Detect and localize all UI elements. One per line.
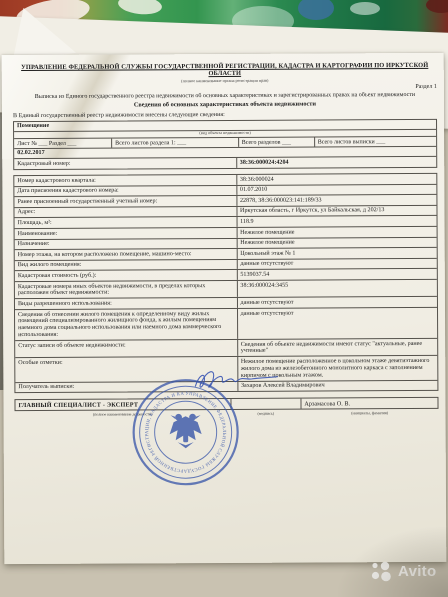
table-row: Дата присвоения кадастрового номера:01.0… — [14, 184, 436, 197]
table-row: Вид жилого помещения:данные отсутствуют — [15, 258, 437, 271]
row-label: Кадастровые номера иных объектов недвижи… — [15, 281, 237, 299]
row-value: 38:36:000024:4204 — [236, 157, 436, 168]
official-round-stamp: УПРАВЛЕНИЕ ФЕДЕРАЛЬНОЙ СЛУЖБЫ ГОСУДАРСТВ… — [129, 376, 242, 489]
row-label: Адрес: — [14, 207, 236, 218]
row-value: 38:36:000024 — [236, 174, 436, 185]
table-row: Наименование:Нежилое помещение — [15, 226, 437, 239]
sheet-info-cell: Всего разделов ___ — [238, 138, 314, 147]
table-row: Кадастровые номера иных объектов недвижи… — [15, 279, 437, 299]
table-row: Виды разрешенного использования:данные о… — [15, 296, 437, 309]
row-label: Вид жилого помещения: — [15, 260, 237, 271]
row-value: 38:36:000024:3455 — [236, 280, 437, 297]
row-value: Нежилое помещение — [236, 227, 436, 238]
row-value: данные отсутствуют — [236, 259, 436, 270]
extract-subtitle-bold: Сведения об основных характеристиках объ… — [13, 100, 437, 109]
section-label: Раздел 1 — [13, 84, 437, 92]
name-note: (инициалы, фамилия) — [301, 409, 439, 415]
sheet-info-cell: Всего листов выписки ___ — [314, 137, 436, 146]
row-label: Статус записи об объекте недвижимости: — [15, 340, 237, 358]
authority-title: УПРАВЛЕНИЕ ФЕДЕРАЛЬНОЙ СЛУЖБЫ ГОСУДАРСТВ… — [13, 62, 437, 79]
row-label: Назначение: — [15, 239, 237, 250]
official-name: Арзамасова О. В. — [300, 398, 437, 409]
registry-extract-document: УПРАВЛЕНИЕ ФЕДЕРАЛЬНОЙ СЛУЖБЫ ГОСУДАРСТВ… — [13, 62, 439, 417]
row-value: 118.9 — [236, 216, 436, 227]
photo-corner-shadow — [338, 527, 448, 597]
sheet-info-cell: Лист № ___ Раздел ___ — [14, 139, 111, 148]
row-value: Нежилое помещение — [236, 238, 436, 249]
row-value: данные отсутствуют — [236, 297, 436, 308]
double-eagle-emblem — [170, 414, 202, 449]
table-row: Ранее присвоенный государственный учетны… — [14, 194, 436, 207]
table-row: Адрес:Иркутская область, г Иркутск, ул Б… — [14, 205, 436, 218]
row-label: Кадастровый номер: — [14, 158, 236, 169]
row-label: Площадь, м²: — [15, 217, 237, 228]
authority-title-note: (полное наименование органа регистрации … — [13, 77, 437, 84]
row-value: данные отсутствуют — [237, 308, 438, 339]
sheet-info-cell: Всего листов раздела 1: ___ — [111, 138, 238, 147]
table-row: Кадастровый номер:38:36:000024:4204 — [14, 156, 436, 169]
row-label: Ранее присвоенный государственный учетны… — [14, 196, 236, 207]
row-label: Номер этажа, на котором расположено поме… — [15, 249, 237, 260]
characteristics-table: Номер кадастрового квартала:38:36:000024… — [13, 173, 438, 393]
table-row: Площадь, м²:118.9 — [15, 215, 437, 228]
row-value: Цокольный этаж № 1 — [236, 248, 436, 259]
row-value: 5139037.54 — [236, 269, 436, 280]
background-art — [350, 2, 380, 15]
row-label: Дата присвоения кадастрового номера: — [14, 186, 236, 197]
row-value: Сведения об объекте недвижимости имеют с… — [237, 339, 438, 356]
document-paper: УПРАВЛЕНИЕ ФЕДЕРАЛЬНОЙ СЛУЖБЫ ГОСУДАРСТВ… — [2, 53, 447, 564]
row-label: Виды разрешенного использования: — [15, 298, 237, 309]
table-row: Статус записи об объекте недвижимости:Св… — [15, 338, 437, 358]
photo-scene: УПРАВЛЕНИЕ ФЕДЕРАЛЬНОЙ СЛУЖБЫ ГОСУДАРСТВ… — [0, 0, 448, 597]
table-row: Назначение:Нежилое помещение — [15, 237, 437, 250]
row-label: Сведения об отнесении жилого помещения к… — [15, 309, 237, 340]
object-header-table: Помещение (вид объекта недвижимости) Лис… — [13, 119, 437, 170]
row-label: Наименование: — [15, 228, 237, 239]
table-row: 02.02.2017 — [14, 146, 436, 159]
row-value: 01.07.2010 — [236, 185, 436, 196]
table-row: Сведения об отнесении жилого помещения к… — [15, 307, 437, 340]
row-value: 22878, 38:36:000023:141:189/33 — [236, 195, 436, 206]
row-value: Иркутская область, г Иркутск, ул Байкаль… — [236, 206, 436, 217]
row-label: Кадастровая стоимость (руб.): — [15, 270, 237, 281]
table-row: Кадастровая стоимость (руб.):5139037.54 — [15, 268, 437, 281]
row-label: Номер кадастрового квартала: — [14, 175, 236, 186]
table-row: Номер этажа, на котором расположено поме… — [15, 247, 437, 260]
